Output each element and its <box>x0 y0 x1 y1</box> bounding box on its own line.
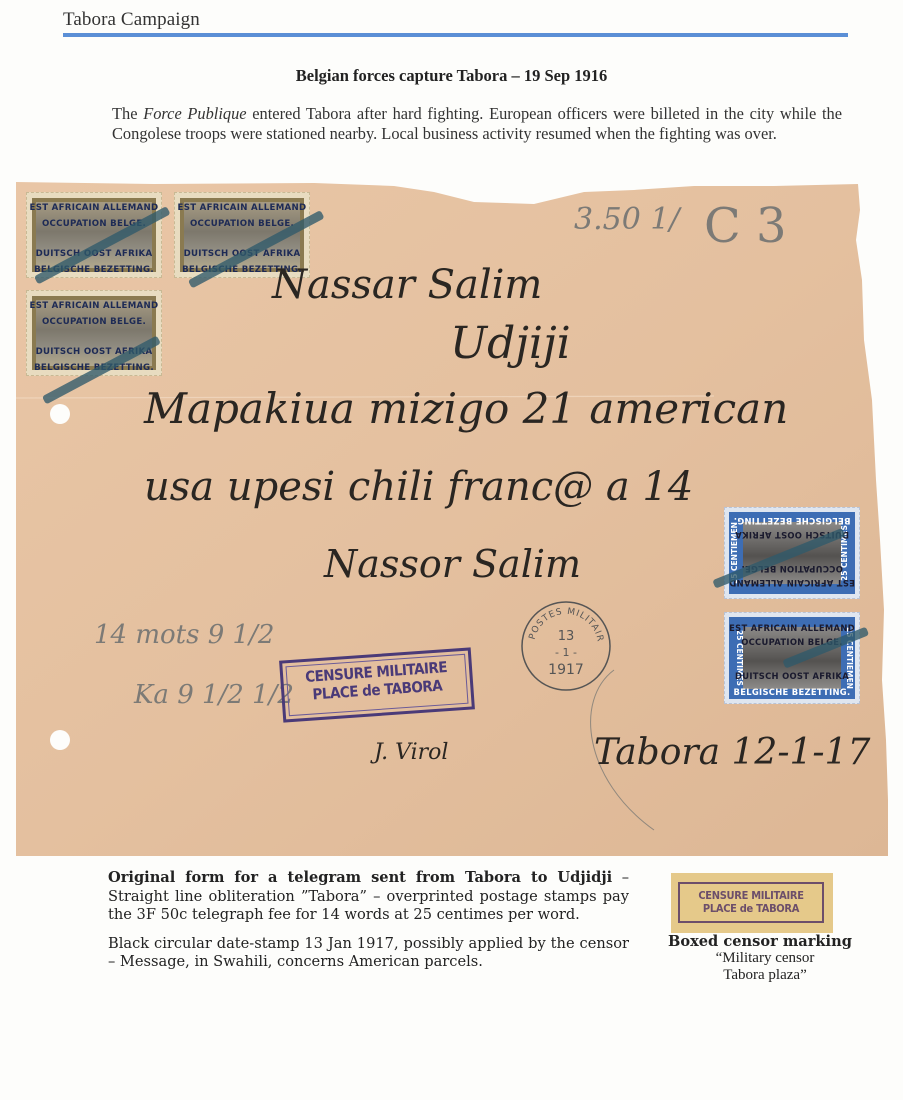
inset-line-2: PLACE de TABORA <box>680 902 822 915</box>
inset-translation-2: Tabora plaza” <box>660 967 870 984</box>
pencil-amount: 3.50 1/ <box>574 202 680 237</box>
censor-line-2: PLACE de TABORA <box>284 675 471 706</box>
pencil-word-count: 14 mots 9 1/2 <box>94 620 274 650</box>
caption-paragraph-2: Black circular date-stamp 13 Jan 1917, p… <box>108 935 629 972</box>
pencil-rate: Ka 9 1/2 1/2 <box>134 680 294 710</box>
brown-stamp: EST AFRICAIN ALLEMAND OCCUPATION BELGE. … <box>26 192 162 278</box>
sender-signature: Nassor Salim <box>324 542 581 586</box>
inset-line-1: CENSURE MILITAIRE <box>680 889 822 902</box>
telegram-form-image: EST AFRICAIN ALLEMAND OCCUPATION BELGE. … <box>14 180 889 860</box>
svg-text:- 1 -: - 1 - <box>555 646 577 659</box>
header-rule <box>63 33 848 37</box>
censor-marking-inset: CENSURE MILITAIRE PLACE de TABORA <box>671 873 833 933</box>
place-date-handwriting: Tabora 12-1-17 <box>594 732 870 773</box>
message-line-2: usa upesi chili franc@ a 14 <box>144 464 693 510</box>
pencil-mark: C 3 <box>704 198 787 254</box>
destination-handwriting: Udjiji <box>450 318 571 369</box>
page-header-title: Tabora Campaign <box>63 9 200 31</box>
inset-caption: Boxed censor marking “Military censor Ta… <box>660 933 870 984</box>
circular-date-stamp: POSTES MILITAIRES 13 - 1 - 1917 <box>520 600 612 692</box>
message-line-1: Mapakiua mizigo 21 american <box>144 384 788 433</box>
force-publique-italic: Force Publique <box>143 104 246 123</box>
caption-title: Original form for a telegram sent from T… <box>108 869 612 886</box>
svg-text:13: 13 <box>558 629 575 644</box>
svg-text:1917: 1917 <box>548 662 584 678</box>
form-caption: Original form for a telegram sent from T… <box>108 869 629 982</box>
inset-translation-1: “Military censor <box>660 950 870 967</box>
censor-signature: J. Virol <box>374 740 448 765</box>
intro-text-start: The <box>112 104 143 123</box>
caption-paragraph-1: Original form for a telegram sent from T… <box>108 869 629 925</box>
punch-hole <box>50 730 70 750</box>
addressee-handwriting: Nassar Salim <box>272 262 542 308</box>
censor-line-1: CENSURE MILITAIRE <box>283 657 470 688</box>
inset-title: Boxed censor marking <box>660 933 858 950</box>
brown-stamp: EST AFRICAIN ALLEMAND OCCUPATION BELGE. … <box>26 290 162 376</box>
punch-hole <box>50 404 70 424</box>
page-heading: Belgian forces capture Tabora – 19 Sep 1… <box>0 66 903 86</box>
intro-paragraph: The Force Publique entered Tabora after … <box>112 104 842 143</box>
